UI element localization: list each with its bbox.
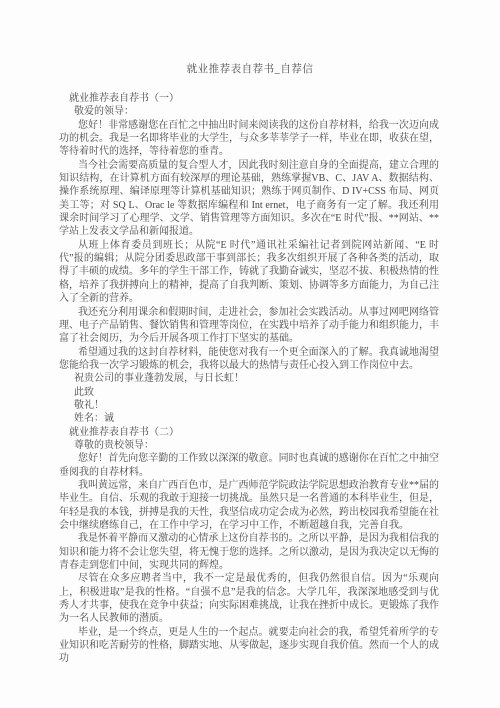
letter1-paragraph-2: 当今社会需要高质量的复合型人才，因此我时刻注意自身的全面提高，建立合理的知识结构… — [59, 159, 439, 239]
letter1-closing-respectfully: 此致 — [59, 386, 439, 399]
document-body: 就业推荐表自荐书（一） 敬爱的领导： 您好！非常感谢您在百忙之中抽出时间来阅读我… — [59, 92, 439, 666]
letter1-signature: 姓名：诚 — [59, 412, 439, 425]
letter1-closing-salute: 敬礼！ — [59, 399, 439, 412]
letter1-paragraph-4: 我还充分利用课余和假期时间，走进社会，参加社会实践活动。从事过网吧网络管理、电子… — [59, 306, 439, 346]
letter2-paragraph-4: 尽管在众多应聘者当中，我不一定是最优秀的，但我仍然很自信。因为“乐观向上，积极进… — [59, 572, 439, 625]
letter1-paragraph-3: 从班上体育委员到班长；从院“E 时代”通讯社采编社记者到院网站新闻、“E 时代”… — [59, 239, 439, 306]
letter2-paragraph-1: 您好！首先向您辛勤的工作致以深深的敬意。同时也真诚的感谢你在百忙之中抽空垂阅我的… — [59, 452, 439, 479]
document-title: 就业推荐表自荐书_自荐信 — [0, 0, 500, 76]
document-page: 就业推荐表自荐书_自荐信 就业推荐表自荐书（一） 敬爱的领导： 您好！非常感谢您… — [0, 0, 500, 708]
letter2-paragraph-3: 我是怀着平静而又激动的心情承上这份自荐书的。之所以平静，是因为我相信我的知识和能… — [59, 532, 439, 572]
letter2-heading: 就业推荐表自荐书（二） — [59, 426, 439, 439]
letter2-paragraph-5: 毕业，是一个终点，更是人生的一个起点。就要走向社会的我，希望凭着所学的专业知识和… — [59, 626, 439, 666]
letter2-salutation: 尊敬的贵校领导： — [59, 439, 439, 452]
letter1-paragraph-5: 希望通过我的这封自荐材料，能使您对我有一个更全面深入的了解。我真诚地渴望您能给我… — [59, 346, 439, 373]
letter1-salutation: 敬爱的领导： — [59, 105, 439, 118]
letter1-closing-wish: 祝贵公司的事业蓬勃发展，与日长虹！ — [59, 372, 439, 385]
letter2-paragraph-2: 我叫黄远常，来自广西百色市，是广西师范学院政法学院思想政治教育专业**届的毕业生… — [59, 479, 439, 532]
letter1-heading: 就业推荐表自荐书（一） — [59, 92, 439, 105]
letter1-paragraph-1: 您好！非常感谢您在百忙之中抽出时间来阅读我的这份自荐材料，给我一次迈向成功的机会… — [59, 119, 439, 159]
